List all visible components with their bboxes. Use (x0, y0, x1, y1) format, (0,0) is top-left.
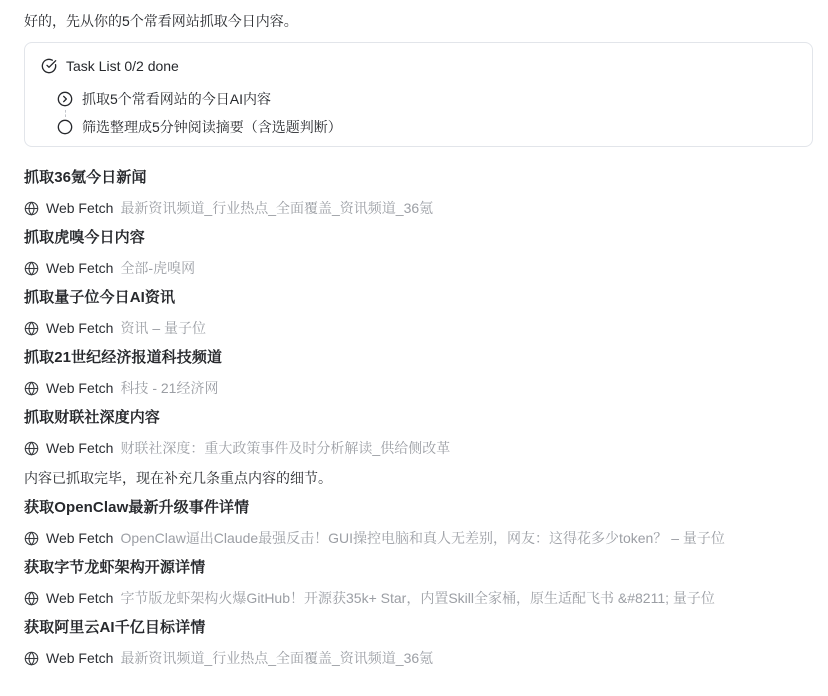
web-fetch-row[interactable]: Web Fetch 字节版龙虾架构火爆GitHub！开源获35k+ Star，内… (24, 588, 813, 608)
task-item-label: 筛选整理成5分钟阅读摘要（含选题判断） (82, 117, 342, 137)
task-list-title: Task List 0/2 done (66, 56, 179, 76)
section-heading: 获取OpenClaw最新升级事件详情 (24, 498, 813, 518)
section-heading: 获取字节龙虾架构开源详情 (24, 558, 813, 578)
globe-icon (24, 261, 39, 276)
web-fetch-row[interactable]: Web Fetch 全部-虎嗅网 (24, 258, 813, 278)
assistant-message: 内容已抓取完毕，现在补充几条重点内容的细节。 (24, 468, 813, 488)
fetch-section: 抓取财联社深度内容 Web Fetch 财联社深度：重大政策事件及时分析解读_供… (24, 408, 813, 458)
circle-check-icon (41, 58, 57, 74)
web-fetch-row[interactable]: Web Fetch 资讯 – 量子位 (24, 318, 813, 338)
globe-icon (24, 201, 39, 216)
task-item-pending: 筛选整理成5分钟阅读摘要（含选题判断） (57, 117, 796, 137)
globe-icon (24, 531, 39, 546)
globe-icon (24, 321, 39, 336)
web-fetch-row[interactable]: Web Fetch 财联社深度：重大政策事件及时分析解读_供给侧改革 (24, 438, 813, 458)
task-items: 抓取5个常看网站的今日AI内容 筛选整理成5分钟阅读摘要（含选题判断） (57, 89, 796, 137)
section-heading: 抓取36氪今日新闻 (24, 168, 813, 188)
web-fetch-row[interactable]: Web Fetch 科技 - 21经济网 (24, 378, 813, 398)
web-fetch-row[interactable]: Web Fetch 最新资讯频道_行业热点_全面覆盖_资讯频道_36氪 (24, 198, 813, 218)
circle-icon (57, 119, 73, 135)
fetch-result-title: 资讯 – 量子位 (120, 318, 206, 338)
fetch-section: 获取字节龙虾架构开源详情 Web Fetch 字节版龙虾架构火爆GitHub！开… (24, 558, 813, 608)
chat-transcript: 好的，先从你的5个常看网站抓取今日内容。 Task List 0/2 done … (0, 0, 828, 668)
web-fetch-row[interactable]: Web Fetch OpenClaw逼出Claude最强反击！GUI操控电脑和真… (24, 528, 813, 548)
web-fetch-label: Web Fetch (46, 258, 113, 278)
task-item-in-progress: 抓取5个常看网站的今日AI内容 (57, 89, 796, 109)
web-fetch-label: Web Fetch (46, 588, 113, 608)
fetch-result-title: 财联社深度：重大政策事件及时分析解读_供给侧改革 (120, 438, 450, 458)
circle-chevron-right-icon (57, 91, 73, 107)
web-fetch-label: Web Fetch (46, 648, 113, 668)
fetch-section: 获取阿里云AI千亿目标详情 Web Fetch 最新资讯频道_行业热点_全面覆盖… (24, 618, 813, 668)
fetch-section: 抓取虎嗅今日内容 Web Fetch 全部-虎嗅网 (24, 228, 813, 278)
web-fetch-label: Web Fetch (46, 378, 113, 398)
fetch-section: 获取OpenClaw最新升级事件详情 Web Fetch OpenClaw逼出C… (24, 498, 813, 548)
fetch-result-title: 最新资讯频道_行业热点_全面覆盖_资讯频道_36氪 (120, 648, 433, 668)
globe-icon (24, 651, 39, 666)
web-fetch-label: Web Fetch (46, 318, 113, 338)
web-fetch-label: Web Fetch (46, 198, 113, 218)
section-heading: 抓取量子位今日AI资讯 (24, 288, 813, 308)
fetch-result-title: 全部-虎嗅网 (120, 258, 195, 278)
globe-icon (24, 381, 39, 396)
fetch-result-title: 字节版龙虾架构火爆GitHub！开源获35k+ Star，内置Skill全家桶，… (120, 588, 714, 608)
web-fetch-row[interactable]: Web Fetch 最新资讯频道_行业热点_全面覆盖_资讯频道_36氪 (24, 648, 813, 668)
web-fetch-label: Web Fetch (46, 438, 113, 458)
task-connector-line (65, 110, 66, 117)
fetch-result-title: 最新资讯频道_行业热点_全面覆盖_资讯频道_36氪 (120, 198, 433, 218)
fetch-result-title: OpenClaw逼出Claude最强反击！GUI操控电脑和真人无差别，网友：这得… (120, 528, 724, 548)
task-list-card: Task List 0/2 done 抓取5个常看网站的今日AI内容 筛选整理成… (24, 42, 813, 147)
section-heading: 抓取虎嗅今日内容 (24, 228, 813, 248)
fetch-section: 抓取量子位今日AI资讯 Web Fetch 资讯 – 量子位 (24, 288, 813, 338)
assistant-message: 好的，先从你的5个常看网站抓取今日内容。 (24, 11, 813, 31)
fetch-section: 抓取21世纪经济报道科技频道 Web Fetch 科技 - 21经济网 (24, 348, 813, 398)
section-heading: 抓取财联社深度内容 (24, 408, 813, 428)
fetch-section: 抓取36氪今日新闻 Web Fetch 最新资讯频道_行业热点_全面覆盖_资讯频… (24, 168, 813, 218)
fetch-result-title: 科技 - 21经济网 (120, 378, 218, 398)
section-heading: 获取阿里云AI千亿目标详情 (24, 618, 813, 638)
globe-icon (24, 441, 39, 456)
web-fetch-label: Web Fetch (46, 528, 113, 548)
globe-icon (24, 591, 39, 606)
section-heading: 抓取21世纪经济报道科技频道 (24, 348, 813, 368)
fetch-sections: 抓取36氪今日新闻 Web Fetch 最新资讯频道_行业热点_全面覆盖_资讯频… (24, 168, 813, 668)
task-item-label: 抓取5个常看网站的今日AI内容 (82, 89, 271, 109)
task-list-header[interactable]: Task List 0/2 done (41, 56, 796, 76)
